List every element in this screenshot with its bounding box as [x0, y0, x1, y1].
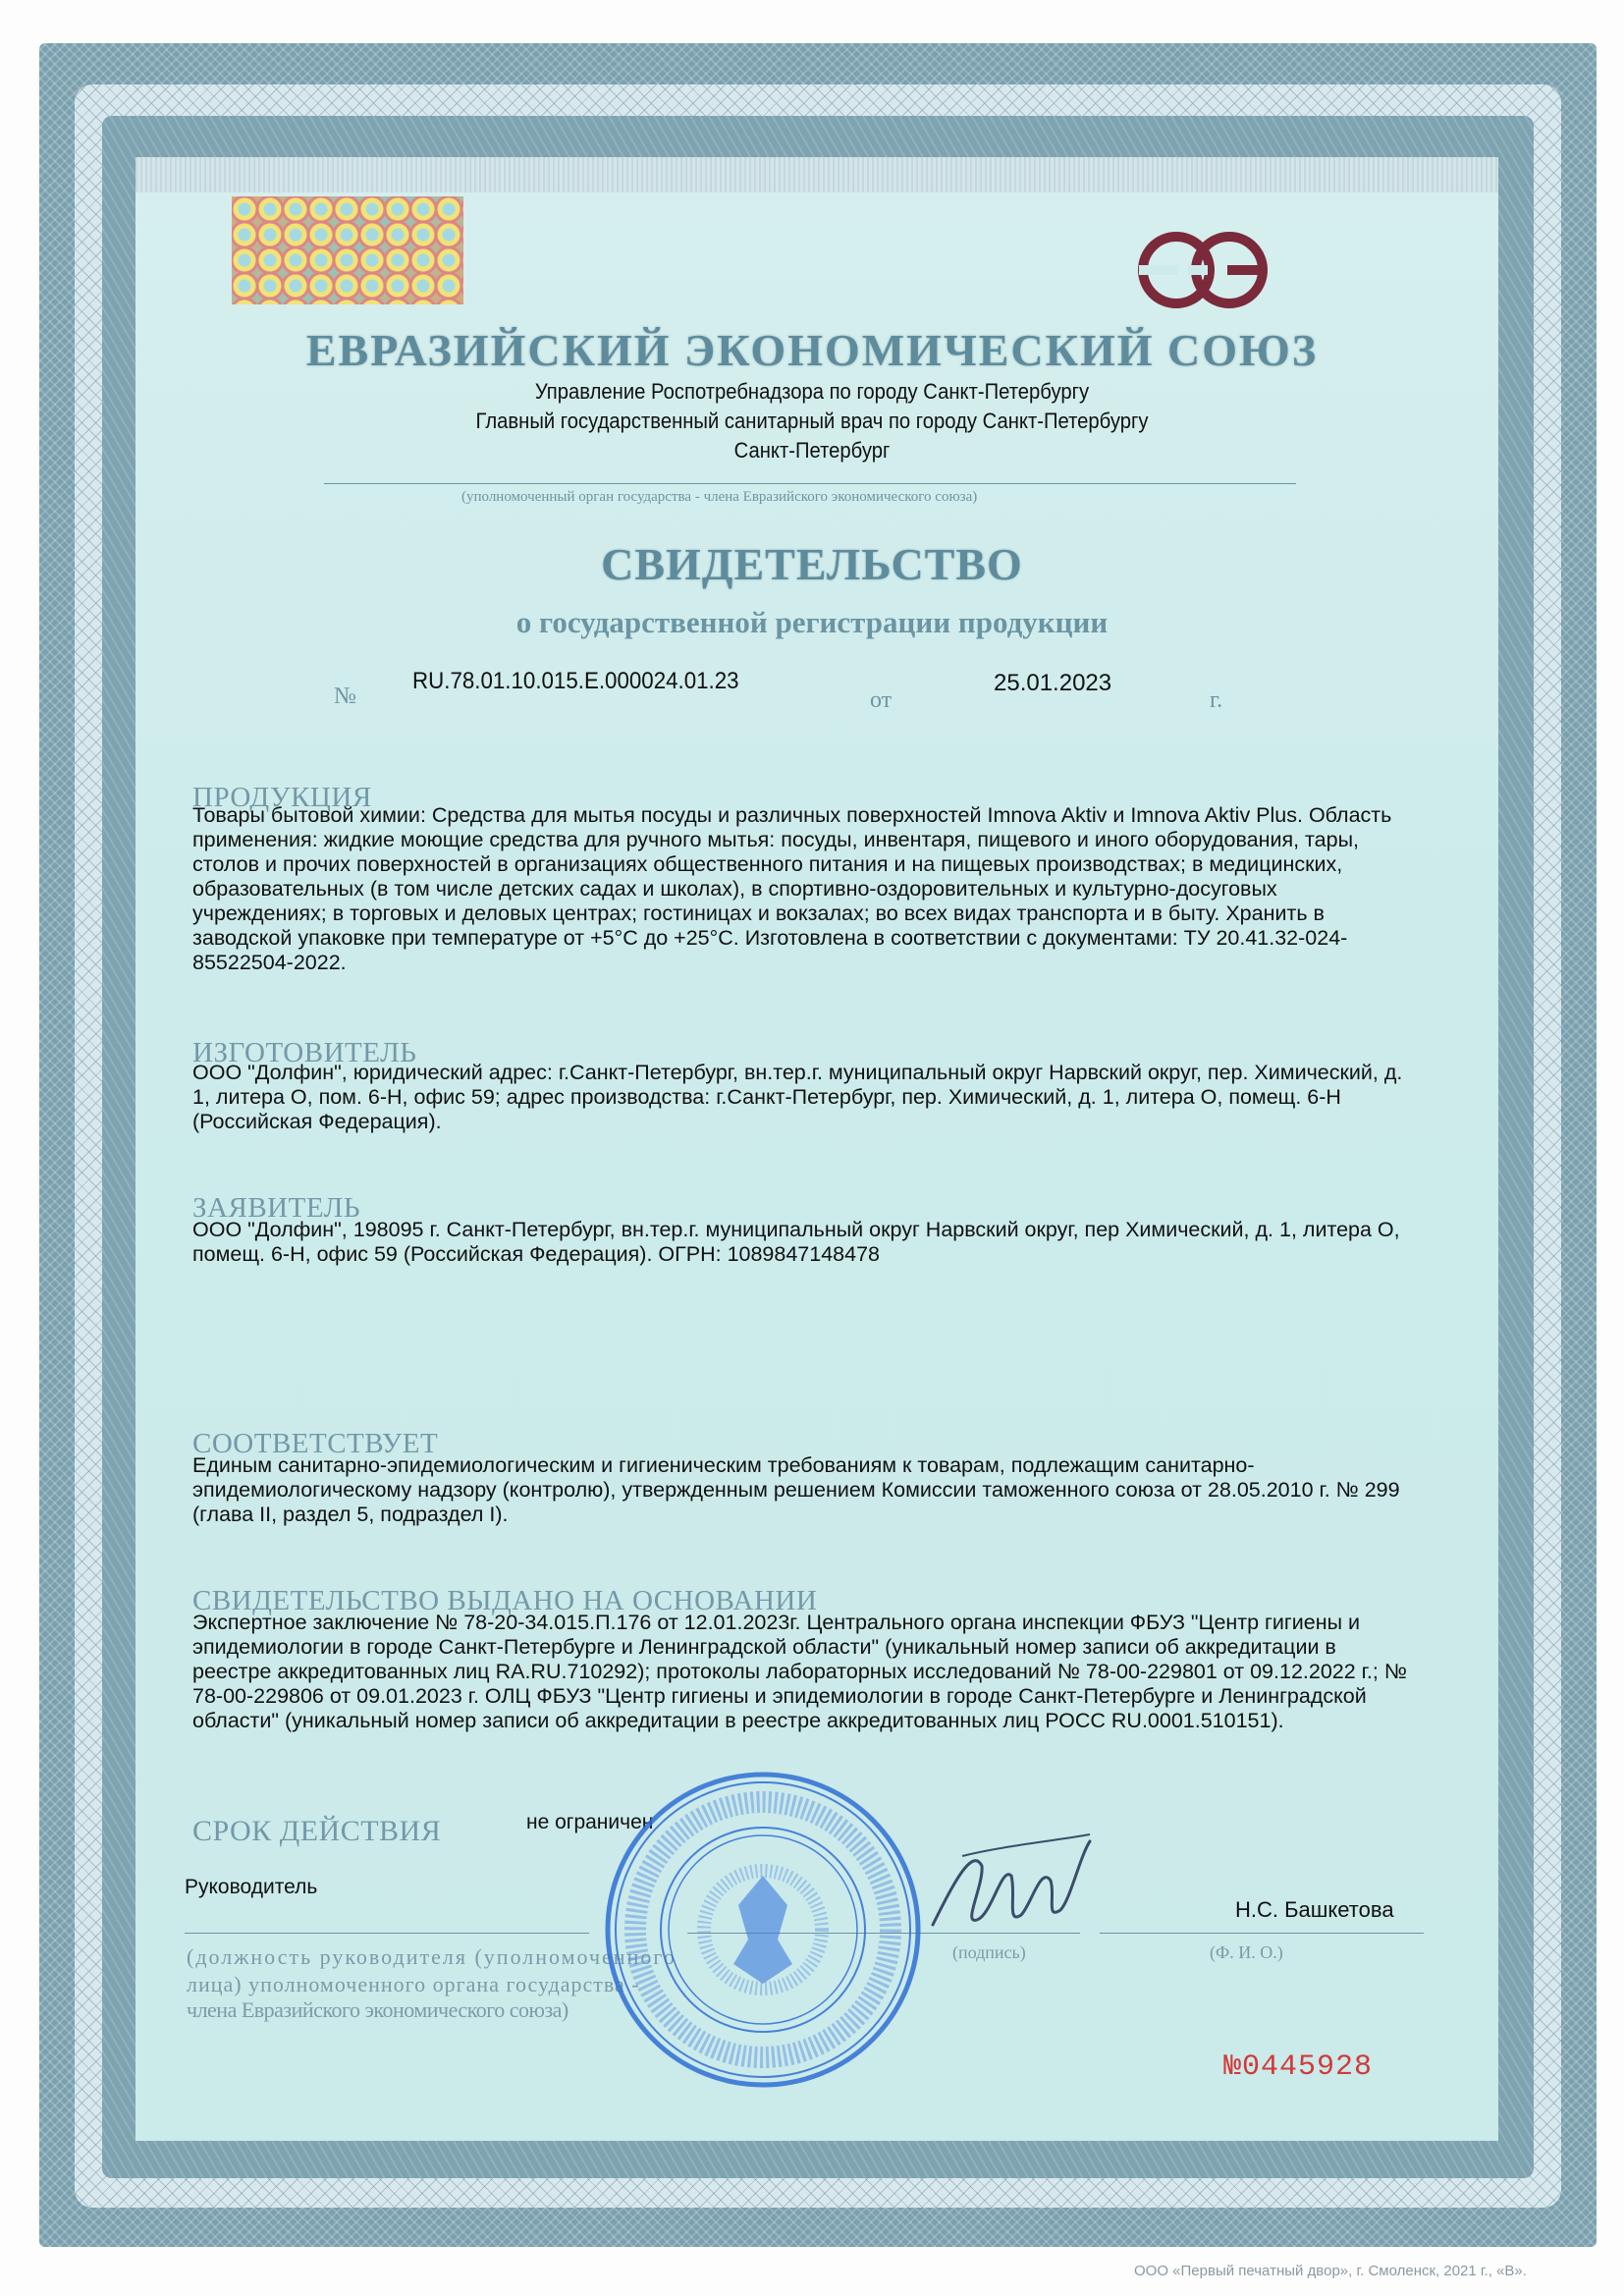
basis-text-body: Экспертное заключение № 78-20-34.015.П.1…	[192, 1611, 1410, 1733]
union-title: ЕВРАЗИЙСКИЙ ЭКОНОМИЧЕСКИЙ СОЮЗ	[0, 324, 1624, 376]
number-label: №	[334, 683, 356, 710]
manufacturer-text: ООО "Долфин", юридический адрес: г.Санкт…	[192, 1061, 1410, 1134]
registration-number: RU.78.01.10.015.E.000024.01.23	[412, 668, 739, 695]
validity-heading: СРОК ДЕЙСТВИЯ	[192, 1815, 441, 1848]
handwritten-signature	[923, 1827, 1100, 1944]
eac-se-logo-icon	[1129, 226, 1276, 314]
position-caption-line-2: лица) уполномоченного органа государства…	[187, 1972, 640, 1997]
form-serial-number: №0445928	[1223, 2050, 1373, 2084]
signer-name: Н.С. Башкетова	[1235, 1897, 1394, 1923]
authority-rule	[324, 483, 1296, 484]
basis-text: Экспертное заключение № 78-20-34.015.П.1…	[192, 1611, 1410, 1733]
registration-date: 25.01.2023	[994, 670, 1111, 697]
product-text: Товары бытовой химии: Средства для мытья…	[192, 803, 1410, 975]
product-text-body: Товары бытовой химии: Средства для мытья…	[192, 803, 1410, 975]
authority-line-1: Управление Роспотребнадзора по городу Са…	[65, 379, 1559, 405]
manufacturer-text-body: ООО "Долфин", юридический адрес: г.Санкт…	[192, 1061, 1410, 1134]
applicant-text-body: ООО "Долфин", 198095 г. Санкт-Петербург,…	[192, 1218, 1410, 1267]
hologram-sticker	[232, 196, 463, 304]
conforms-text: Единым санитарно-эпидемиологическим и ги…	[192, 1453, 1410, 1527]
name-caption: (Ф. И. О.)	[1210, 1942, 1283, 1963]
year-suffix: г.	[1210, 687, 1222, 714]
certificate-title: СВИДЕТЕЛЬСТВО	[0, 538, 1624, 590]
authority-line-2: Главный государственный санитарный врач …	[65, 409, 1559, 434]
certificate-subtitle: о государственной регистрации продукции	[0, 605, 1624, 640]
date-label: от	[870, 687, 892, 714]
applicant-text: ООО "Долфин", 198095 г. Санкт-Петербург,…	[192, 1218, 1410, 1267]
authority-line-3: Санкт-Петербург	[65, 438, 1559, 464]
signature-caption: (подпись)	[952, 1942, 1026, 1963]
official-seal-stamp	[601, 1768, 925, 2092]
conforms-text-body: Единым санитарно-эпидемиологическим и ги…	[192, 1453, 1410, 1527]
signer-role: Руководитель	[185, 1876, 317, 1899]
position-caption-line-3: члена Евразийского экономического союза)	[187, 1997, 568, 2023]
authority-caption: (уполномоченный орган государства - член…	[461, 489, 977, 506]
position-rule	[185, 1933, 589, 1934]
printer-imprint: ООО «Первый печатный двор», г. Смоленск,…	[1134, 2263, 1527, 2279]
paper-top-strip	[135, 157, 1498, 192]
name-rule	[1100, 1933, 1424, 1934]
